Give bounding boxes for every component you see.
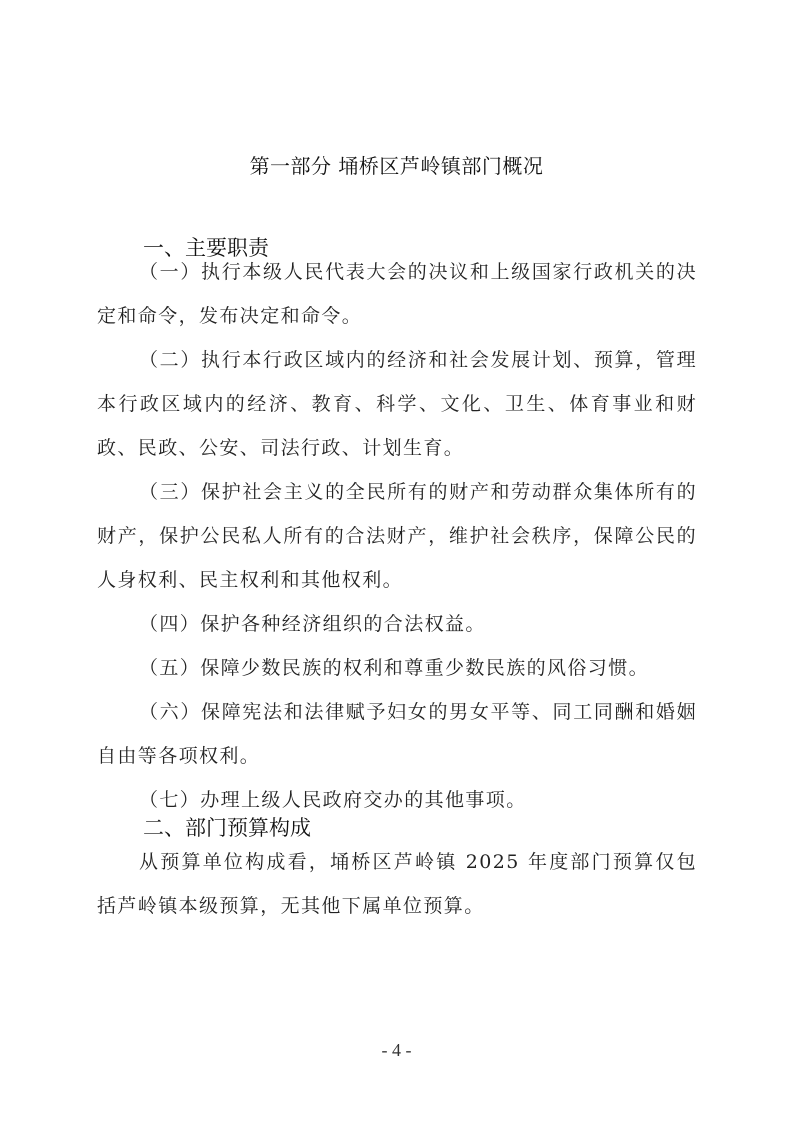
paragraph-duty-6: （六）保障宪法和法律赋予妇女的男女平等、同工同酬和婚姻自由等各项权利。 [97, 690, 697, 778]
paragraph-duty-5: （五）保障少数民族的权利和尊重少数民族的风俗习惯。 [97, 646, 697, 690]
section-heading-budget: 二、部门预算构成 [143, 812, 311, 842]
page-title: 第一部分 埇桥区芦岭镇部门概况 [0, 150, 793, 179]
paragraph-budget-composition: 从预算单位构成看，埇桥区芦岭镇 2025 年度部门预算仅包括芦岭镇本级预算，无其… [97, 840, 697, 928]
paragraph-duty-2: （二）执行本行政区域内的经济和社会发展计划、预算，管理本行政区域内的经济、教育、… [97, 338, 697, 470]
paragraph-duty-1: （一）执行本级人民代表大会的决议和上级国家行政机关的决定和命令，发布决定和命令。 [97, 250, 697, 338]
page-number: - 4 - [0, 1040, 793, 1061]
paragraph-duty-4: （四）保护各种经济组织的合法权益。 [97, 602, 697, 646]
paragraph-duty-3: （三）保护社会主义的全民所有的财产和劳动群众集体所有的财产，保护公民私人所有的合… [97, 470, 697, 602]
document-page: 第一部分 埇桥区芦岭镇部门概况 一、主要职责 （一）执行本级人民代表大会的决议和… [0, 0, 793, 1122]
